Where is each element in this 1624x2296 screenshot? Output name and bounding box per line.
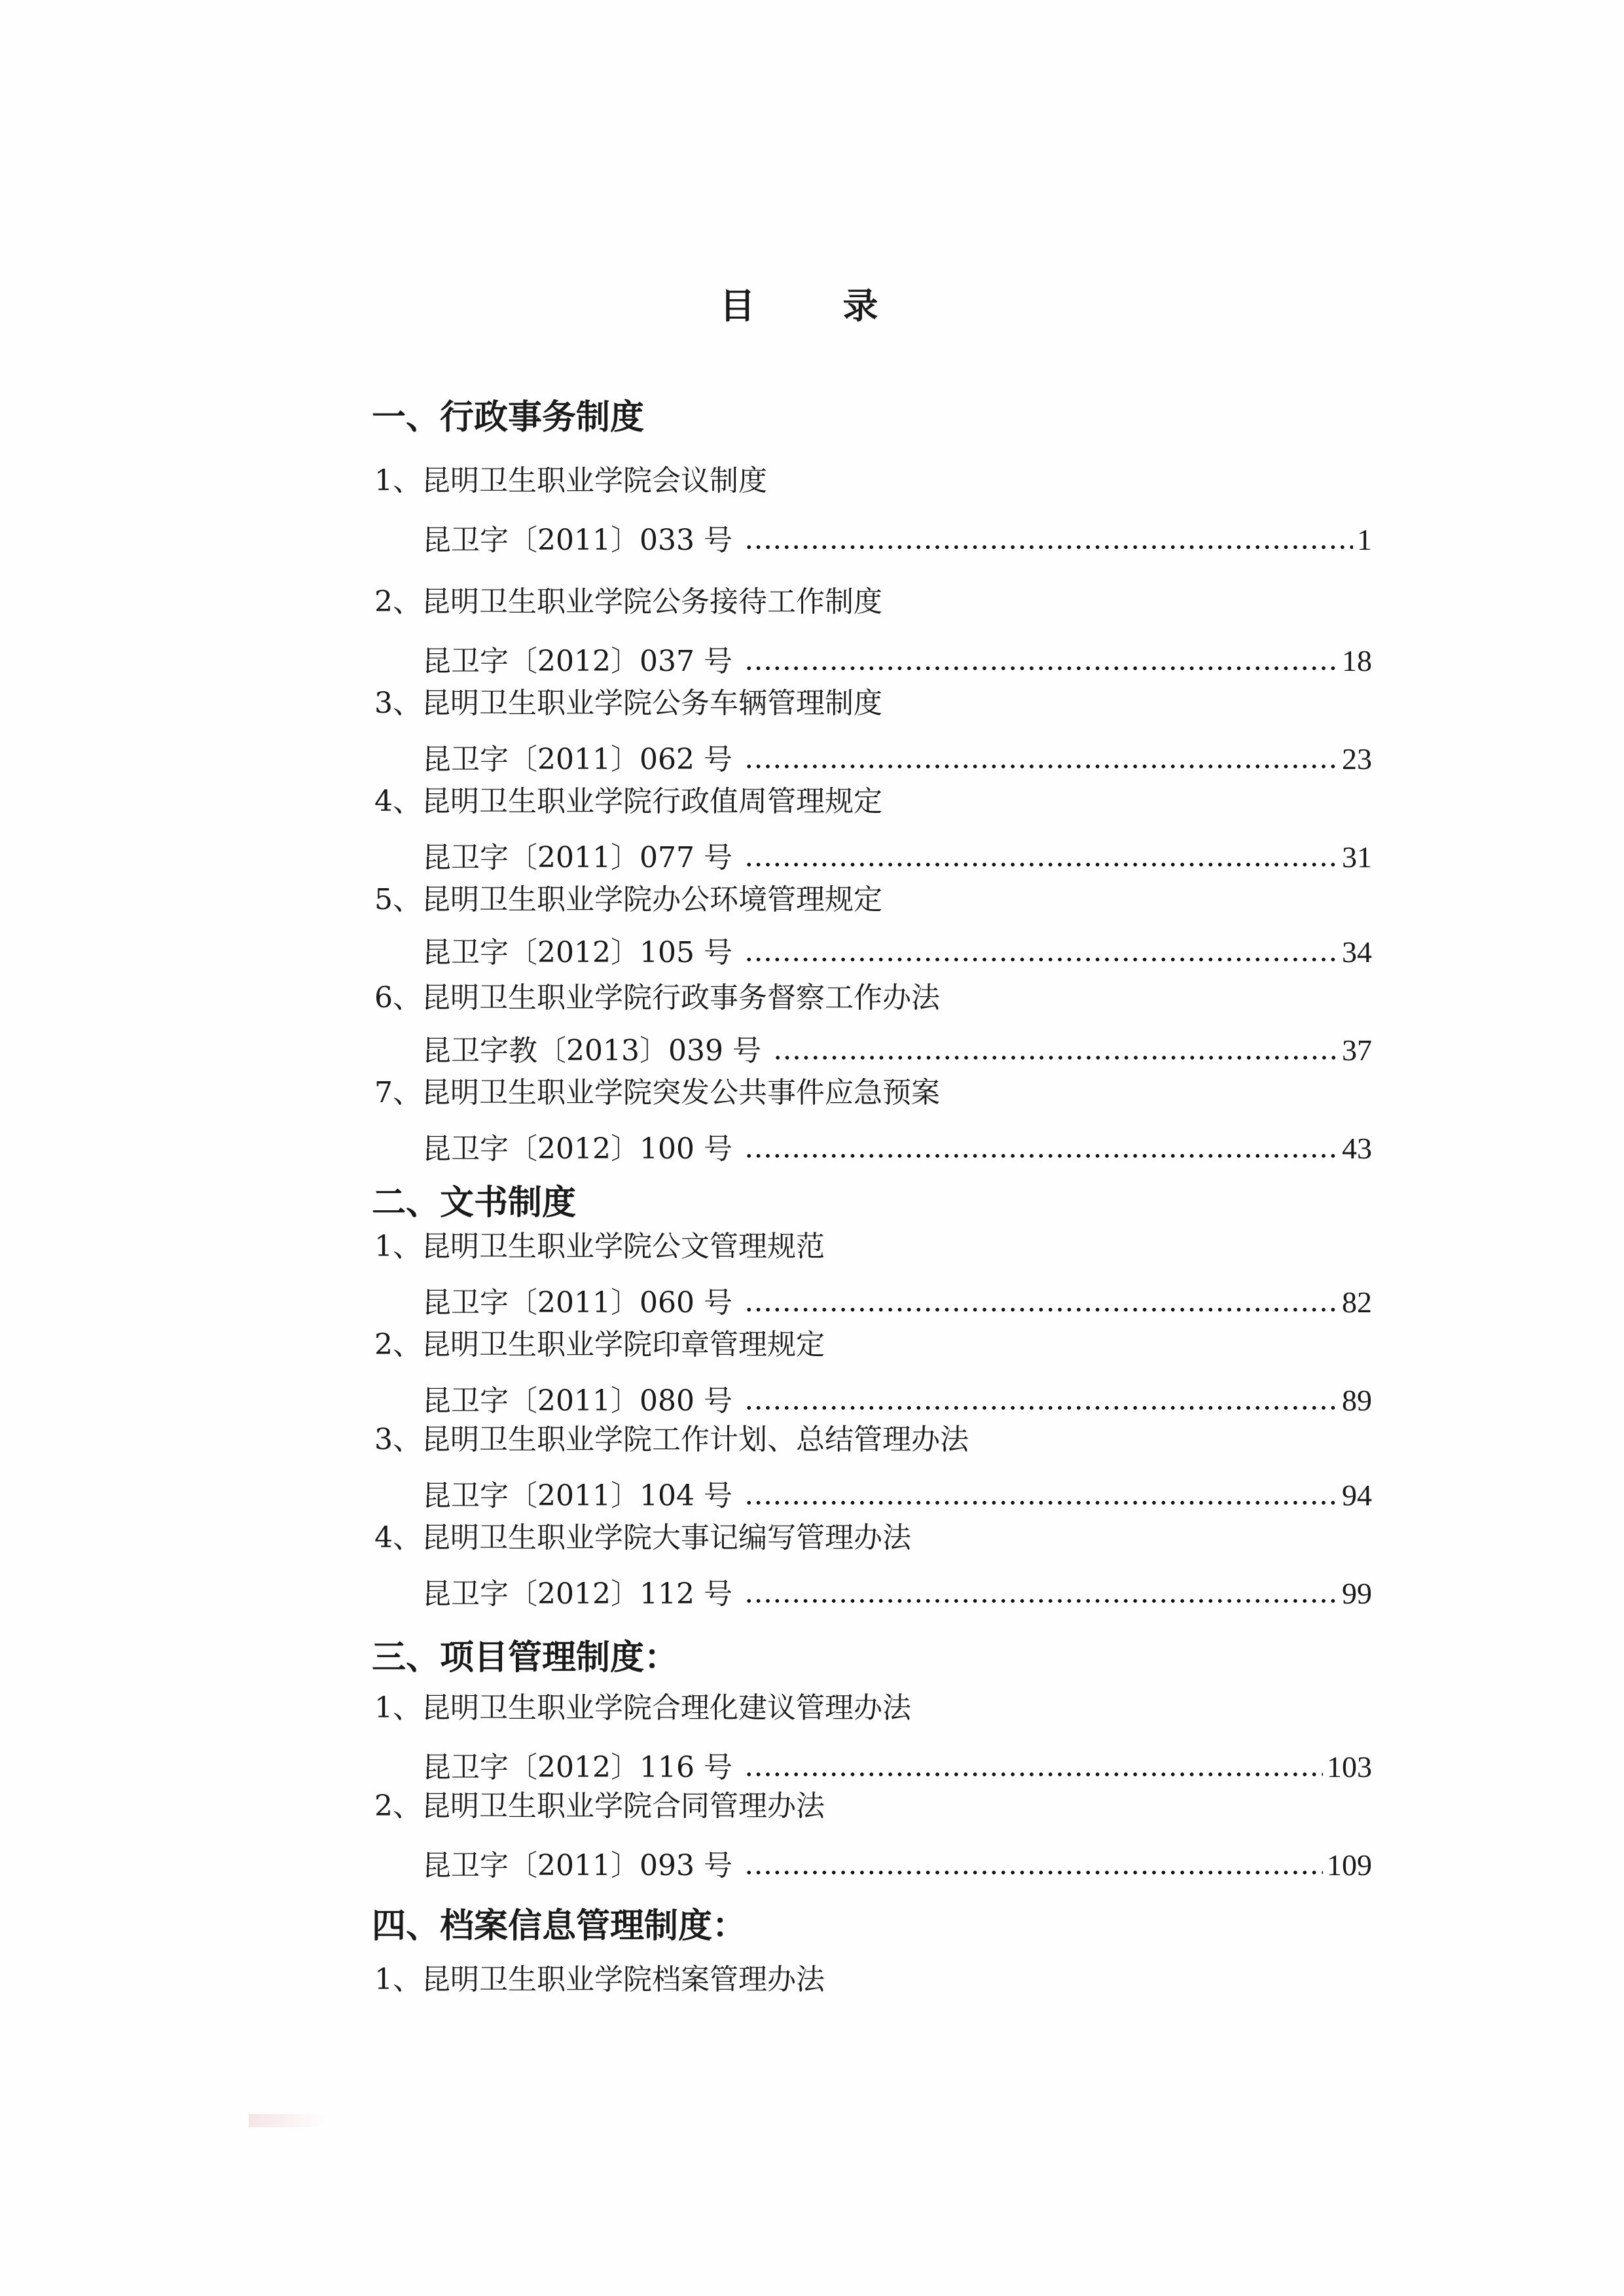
toc-item-title: 1、昆明卫生职业学院会议制度: [374, 463, 767, 499]
page-number: 37: [1342, 1033, 1372, 1068]
dot-leader: [744, 1771, 1323, 1778]
toc-item-title: 1、昆明卫生职业学院合理化建议管理办法: [374, 1691, 911, 1726]
toc-item-title: 2、昆明卫生职业学院公务接待工作制度: [374, 584, 882, 620]
toc-item-entry: 昆卫字〔2012〕112 号 99: [422, 1576, 1372, 1612]
toc-item-entry: 昆卫字〔2012〕116 号 103: [422, 1749, 1372, 1785]
page-number: 23: [1342, 742, 1372, 777]
toc-item-title: 5、昆明卫生职业学院办公环境管理规定: [374, 882, 882, 918]
page-title: 目 录: [0, 278, 1624, 329]
dot-leader: [744, 665, 1338, 672]
scan-artifact: [249, 2114, 327, 2127]
page-number: 18: [1342, 643, 1372, 679]
doc-number: 昆卫字〔2012〕100 号: [422, 1132, 732, 1167]
dot-leader: [744, 1306, 1338, 1313]
doc-number: 昆卫字教〔2013〕039 号: [422, 1033, 761, 1069]
dot-leader: [744, 1499, 1338, 1506]
doc-number: 昆卫字〔2012〕105 号: [422, 935, 732, 971]
document-page: 目 录 一、行政事务制度 1、昆明卫生职业学院会议制度 昆卫字〔2011〕033…: [0, 0, 1624, 2296]
dot-leader: [744, 1598, 1338, 1604]
page-number: 31: [1342, 840, 1372, 875]
toc-item-entry: 昆卫字〔2011〕062 号 23: [422, 742, 1372, 778]
section-heading-1: 一、行政事务制度: [372, 398, 644, 437]
page-number: 89: [1342, 1383, 1372, 1418]
section-heading-3: 三、项目管理制度：: [372, 1638, 678, 1677]
page-number: 1: [1357, 522, 1372, 558]
dot-leader: [744, 1153, 1338, 1159]
doc-number: 昆卫字〔2011〕060 号: [422, 1285, 732, 1321]
toc-item-title: 7、昆明卫生职业学院突发公共事件应急预案: [374, 1075, 940, 1111]
dot-leader: [773, 1054, 1338, 1061]
toc-item-title: 6、昆明卫生职业学院行政事务督察工作办法: [374, 980, 940, 1016]
dot-leader: [744, 763, 1338, 770]
page-number: 82: [1342, 1285, 1372, 1320]
toc-item-title: 4、昆明卫生职业学院大事记编写管理办法: [374, 1520, 911, 1556]
toc-item-entry: 昆卫字〔2011〕080 号 89: [422, 1383, 1372, 1419]
doc-number: 昆卫字〔2012〕037 号: [422, 644, 732, 679]
doc-number: 昆卫字〔2011〕062 号: [422, 742, 732, 778]
doc-number: 昆卫字〔2011〕033 号: [422, 523, 732, 558]
dot-leader: [744, 1405, 1338, 1411]
doc-number: 昆卫字〔2011〕080 号: [422, 1384, 732, 1419]
toc-item-entry: 昆卫字〔2012〕037 号 18: [422, 643, 1372, 679]
doc-number: 昆卫字〔2011〕093 号: [422, 1848, 732, 1884]
dot-leader: [744, 1869, 1323, 1876]
toc-item-title: 1、昆明卫生职业学院档案管理办法: [374, 1962, 825, 1998]
doc-number: 昆卫字〔2011〕077 号: [422, 840, 732, 876]
doc-number: 昆卫字〔2012〕116 号: [422, 1750, 732, 1785]
toc-item-title: 4、昆明卫生职业学院行政值周管理规定: [374, 784, 882, 819]
doc-number: 昆卫字〔2011〕104 号: [422, 1479, 732, 1514]
page-number: 109: [1327, 1848, 1372, 1883]
page-number: 34: [1342, 935, 1372, 970]
toc-item-entry: 昆卫字〔2011〕104 号 94: [422, 1478, 1372, 1514]
dot-leader: [744, 956, 1338, 963]
dot-leader: [744, 544, 1353, 550]
toc-item-title: 3、昆明卫生职业学院工作计划、总结管理办法: [374, 1422, 969, 1458]
toc-item-entry: 昆卫字〔2011〕077 号 31: [422, 840, 1372, 876]
dot-leader: [744, 861, 1338, 868]
toc-item-title: 2、昆明卫生职业学院印章管理规定: [374, 1327, 825, 1363]
toc-item-entry: 昆卫字教〔2013〕039 号 37: [422, 1033, 1372, 1069]
toc-item-entry: 昆卫字〔2011〕093 号 109: [422, 1848, 1372, 1884]
toc-item-entry: 昆卫字〔2011〕033 号 1: [422, 522, 1372, 558]
section-heading-4: 四、档案信息管理制度：: [372, 1907, 746, 1946]
toc-item-title: 1、昆明卫生职业学院公文管理规范: [374, 1229, 825, 1265]
page-number: 103: [1327, 1749, 1372, 1785]
page-number: 94: [1342, 1478, 1372, 1513]
toc-item-entry: 昆卫字〔2012〕100 号 43: [422, 1131, 1372, 1167]
section-heading-2: 二、文书制度: [372, 1183, 576, 1223]
toc-item-entry: 昆卫字〔2011〕060 号 82: [422, 1285, 1372, 1321]
toc-item-title: 3、昆明卫生职业学院公务车辆管理制度: [374, 686, 882, 721]
doc-number: 昆卫字〔2012〕112 号: [422, 1577, 732, 1612]
page-number: 43: [1342, 1131, 1372, 1166]
toc-item-entry: 昆卫字〔2012〕105 号 34: [422, 935, 1372, 971]
toc-item-title: 2、昆明卫生职业学院合同管理办法: [374, 1789, 825, 1824]
page-number: 99: [1342, 1576, 1372, 1611]
